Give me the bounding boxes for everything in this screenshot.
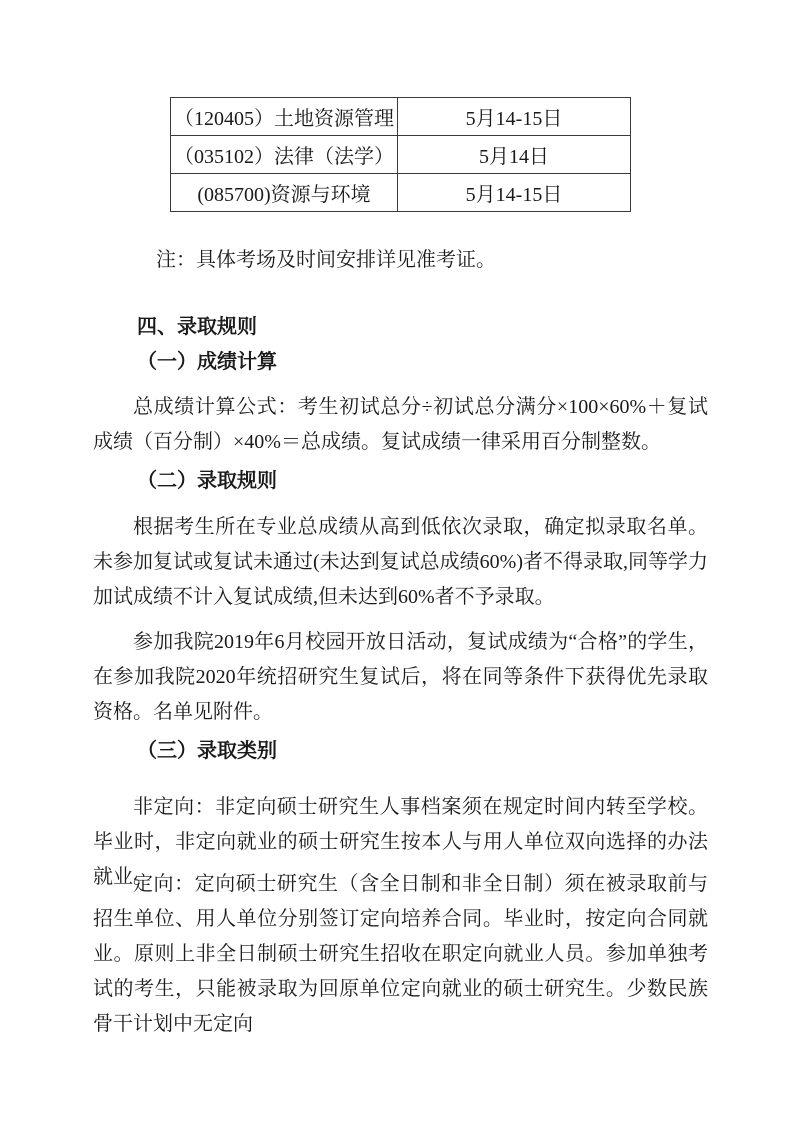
subsection-1-heading: （一）成绩计算 [93, 345, 708, 380]
open-day-priority-paragraph: 参加我院2019年6月校园开放日活动，复试成绩为“合格”的学生，在参加我院202… [93, 625, 708, 730]
admission-rule-paragraph: 根据考生所在专业总成绩从高到低依次录取，确定拟录取名单。未参加复试或复试未通过(… [93, 510, 708, 615]
subsection-2-heading: （二）录取规则 [93, 464, 708, 499]
table-row: (085700)资源与环境 5月14-15日 [171, 174, 631, 212]
date-cell: 5月14-15日 [398, 174, 631, 212]
score-formula-paragraph: 总成绩计算公式：考生初试总分÷初试总分满分×100×60%＋复试成绩（百分制）×… [93, 390, 708, 460]
table-row: （035102）法律（法学） 5月14日 [171, 136, 631, 174]
program-cell: （035102）法律（法学） [171, 136, 398, 174]
directed-paragraph: 定向：定向硕士研究生（含全日制和非全日制）须在被录取前与招生单位、用人单位分别签… [93, 867, 708, 1042]
exam-schedule-table: （120405）土地资源管理 5月14-15日 （035102）法律（法学） 5… [170, 97, 631, 212]
date-cell: 5月14日 [398, 136, 631, 174]
section-4-heading: 四、录取规则 [93, 310, 708, 345]
date-cell: 5月14-15日 [398, 98, 631, 136]
program-cell: （120405）土地资源管理 [171, 98, 398, 136]
table-row: （120405）土地资源管理 5月14-15日 [171, 98, 631, 136]
document-page: （120405）土地资源管理 5月14-15日 （035102）法律（法学） 5… [0, 0, 793, 1122]
note-text: 注：具体考场及时间安排详见准考证。 [93, 243, 708, 278]
subsection-3-heading: （三）录取类别 [93, 734, 708, 769]
program-cell: (085700)资源与环境 [171, 174, 398, 212]
